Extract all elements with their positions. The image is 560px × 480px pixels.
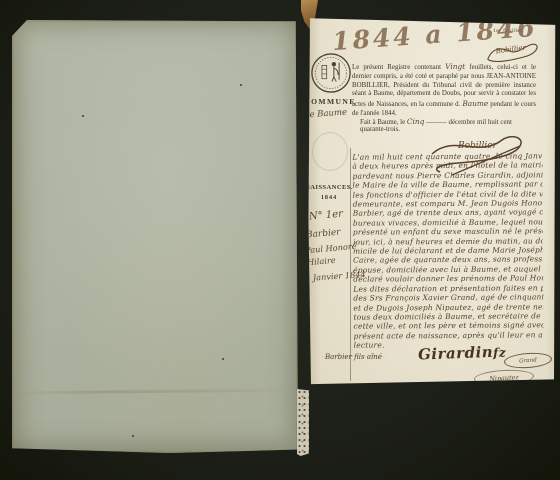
dateline-year: quarante-trois.: [360, 126, 400, 133]
officer-signature: Girardinfz: [418, 342, 507, 363]
commune-handwritten: de Baume: [304, 108, 348, 121]
svg-text:Bobillier: Bobillier: [457, 141, 498, 151]
father-signature: Barbier fils aîné: [322, 353, 385, 361]
dateline-prefix: Fait à Baume, le: [360, 119, 407, 126]
notice-commune-handwritten: Baume: [462, 99, 488, 108]
witness-signature: Grand: [519, 357, 537, 364]
act-line: présent acte de naissance, après qu'il l…: [354, 330, 544, 341]
secretary-signature: Nipautez: [489, 373, 519, 383]
marbled-page-edge: [297, 389, 309, 456]
paper-speck: [240, 84, 242, 86]
register-page: 1er feuillet. 1844 a 1846 Bobillier COMM…: [308, 16, 556, 386]
officer-signature-paraph: fz: [493, 345, 506, 359]
margin-firstname: Hilaire: [307, 255, 336, 267]
dateline-suffix: décembre mil huit cent: [449, 119, 512, 126]
left-blank-page: [12, 20, 298, 453]
commune-label: COMMUNE: [304, 97, 356, 106]
dateline-dash: ———: [424, 119, 448, 126]
printed-notice: Le présent Registre contenant Vingt feui…: [352, 62, 536, 119]
officer-signature-name: Girardin: [418, 343, 494, 364]
act-number: N° 1er: [309, 209, 344, 223]
act-body-handwritten: L'an mil huit cent quarante quatre, le c…: [352, 151, 543, 350]
naissances-year: 1844: [303, 194, 355, 201]
paper-speck: [82, 115, 84, 117]
notice-count-handwritten: Vingt: [445, 62, 465, 71]
margin-surname: Barbier: [306, 228, 341, 241]
secretary-signature-oval: Nipautez: [474, 368, 535, 386]
embossed-stamp-circle: [312, 132, 348, 171]
archive-scan: 1er feuillet. 1844 a 1846 Bobillier COMM…: [0, 0, 560, 480]
margin-rule-line: [350, 148, 351, 381]
commune-seal-icon: [310, 52, 352, 94]
witness-signature-oval: Grand: [504, 351, 553, 369]
naissances-label: NAISSANCES.: [303, 184, 355, 191]
page-crease: [12, 389, 298, 395]
paper-speck: [132, 435, 134, 437]
dateline-day-handwritten: Cinq: [407, 117, 425, 126]
svg-text:Bobillier: Bobillier: [494, 44, 527, 56]
notice-text: Le présent Registre contenant: [352, 64, 445, 71]
dateline: Fait à Baume, le Cinq ——— décembre mil h…: [360, 117, 540, 126]
paper-speck: [222, 358, 224, 360]
